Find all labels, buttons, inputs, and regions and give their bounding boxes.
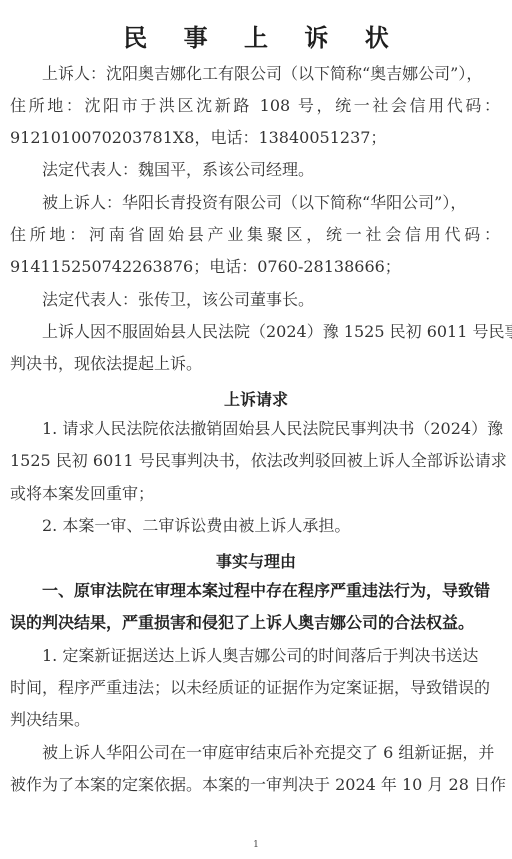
evidence-paragraph-cont: 被作为了本案的定案依据。本案的一审判决于 2024 年 10 月 28 日作: [10, 775, 500, 795]
appellant-code-phone: 9121010070203781X8，电话：13840051237；: [10, 128, 500, 148]
appellant-representative: 法定代表人：魏国平，系该公司经理。: [42, 160, 500, 180]
reason-1-point-end: 判决结果。: [10, 710, 500, 730]
reason-1-heading: 一、原审法院在审理本案过程中存在程序严重违法行为，导致错: [42, 581, 500, 601]
heading-facts-reasons: 事实与理由: [0, 549, 512, 572]
reason-1-heading-cont: 误的判决结果，严重损害和侵犯了上诉人奥吉娜公司的合法权益。: [10, 613, 500, 633]
page-number: 1: [0, 840, 512, 850]
reason-1-point-cont: 时间，程序严重违法；以未经质证的证据作为定案证据，导致错误的: [10, 678, 500, 698]
document-title: 民 事 上 诉 状: [0, 18, 512, 53]
appellee-representative: 法定代表人：张传卫，该公司董事长。: [42, 290, 500, 310]
request-1-cont: 1525 民初 6011 号民事判决书，依法改判驳回被上诉人全部诉讼请求: [10, 451, 500, 471]
request-1: 1. 请求人民法院依法撤销固始县人民法院民事判决书（2024）豫: [42, 419, 500, 439]
appellee-line: 被上诉人：华阳长青投资有限公司（以下简称“华阳公司”），: [42, 193, 500, 213]
appellant-address: 住所地：沈阳市于洪区沈新路 108 号，统一社会信用代码：: [10, 96, 500, 116]
document-page: 民 事 上 诉 状 上诉人：沈阳奥吉娜化工有限公司（以下简称“奥吉娜公司”）， …: [0, 0, 512, 859]
appellee-address: 住所地：河南省固始县产业集聚区，统一社会信用代码：: [10, 225, 500, 245]
request-1-end: 或将本案发回重审；: [10, 484, 500, 504]
reason-1-point: 1. 定案新证据送达上诉人奥吉娜公司的时间落后于判决书送达: [42, 646, 500, 666]
appellee-code-phone: 914115250742263876；电话：0760-28138666；: [10, 257, 500, 277]
request-2: 2. 本案一审、二审诉讼费由被上诉人承担。: [42, 516, 500, 536]
appeal-statement-cont: 判决书，现依法提起上诉。: [10, 354, 500, 374]
evidence-paragraph: 被上诉人华阳公司在一审庭审结束后补充提交了 6 组新证据，并: [42, 743, 500, 763]
appeal-statement: 上诉人因不服固始县人民法院（2024）豫 1525 民初 6011 号民事: [42, 322, 500, 342]
heading-appeal-request: 上诉请求: [0, 387, 512, 410]
appellant-line: 上诉人：沈阳奥吉娜化工有限公司（以下简称“奥吉娜公司”），: [42, 64, 500, 84]
